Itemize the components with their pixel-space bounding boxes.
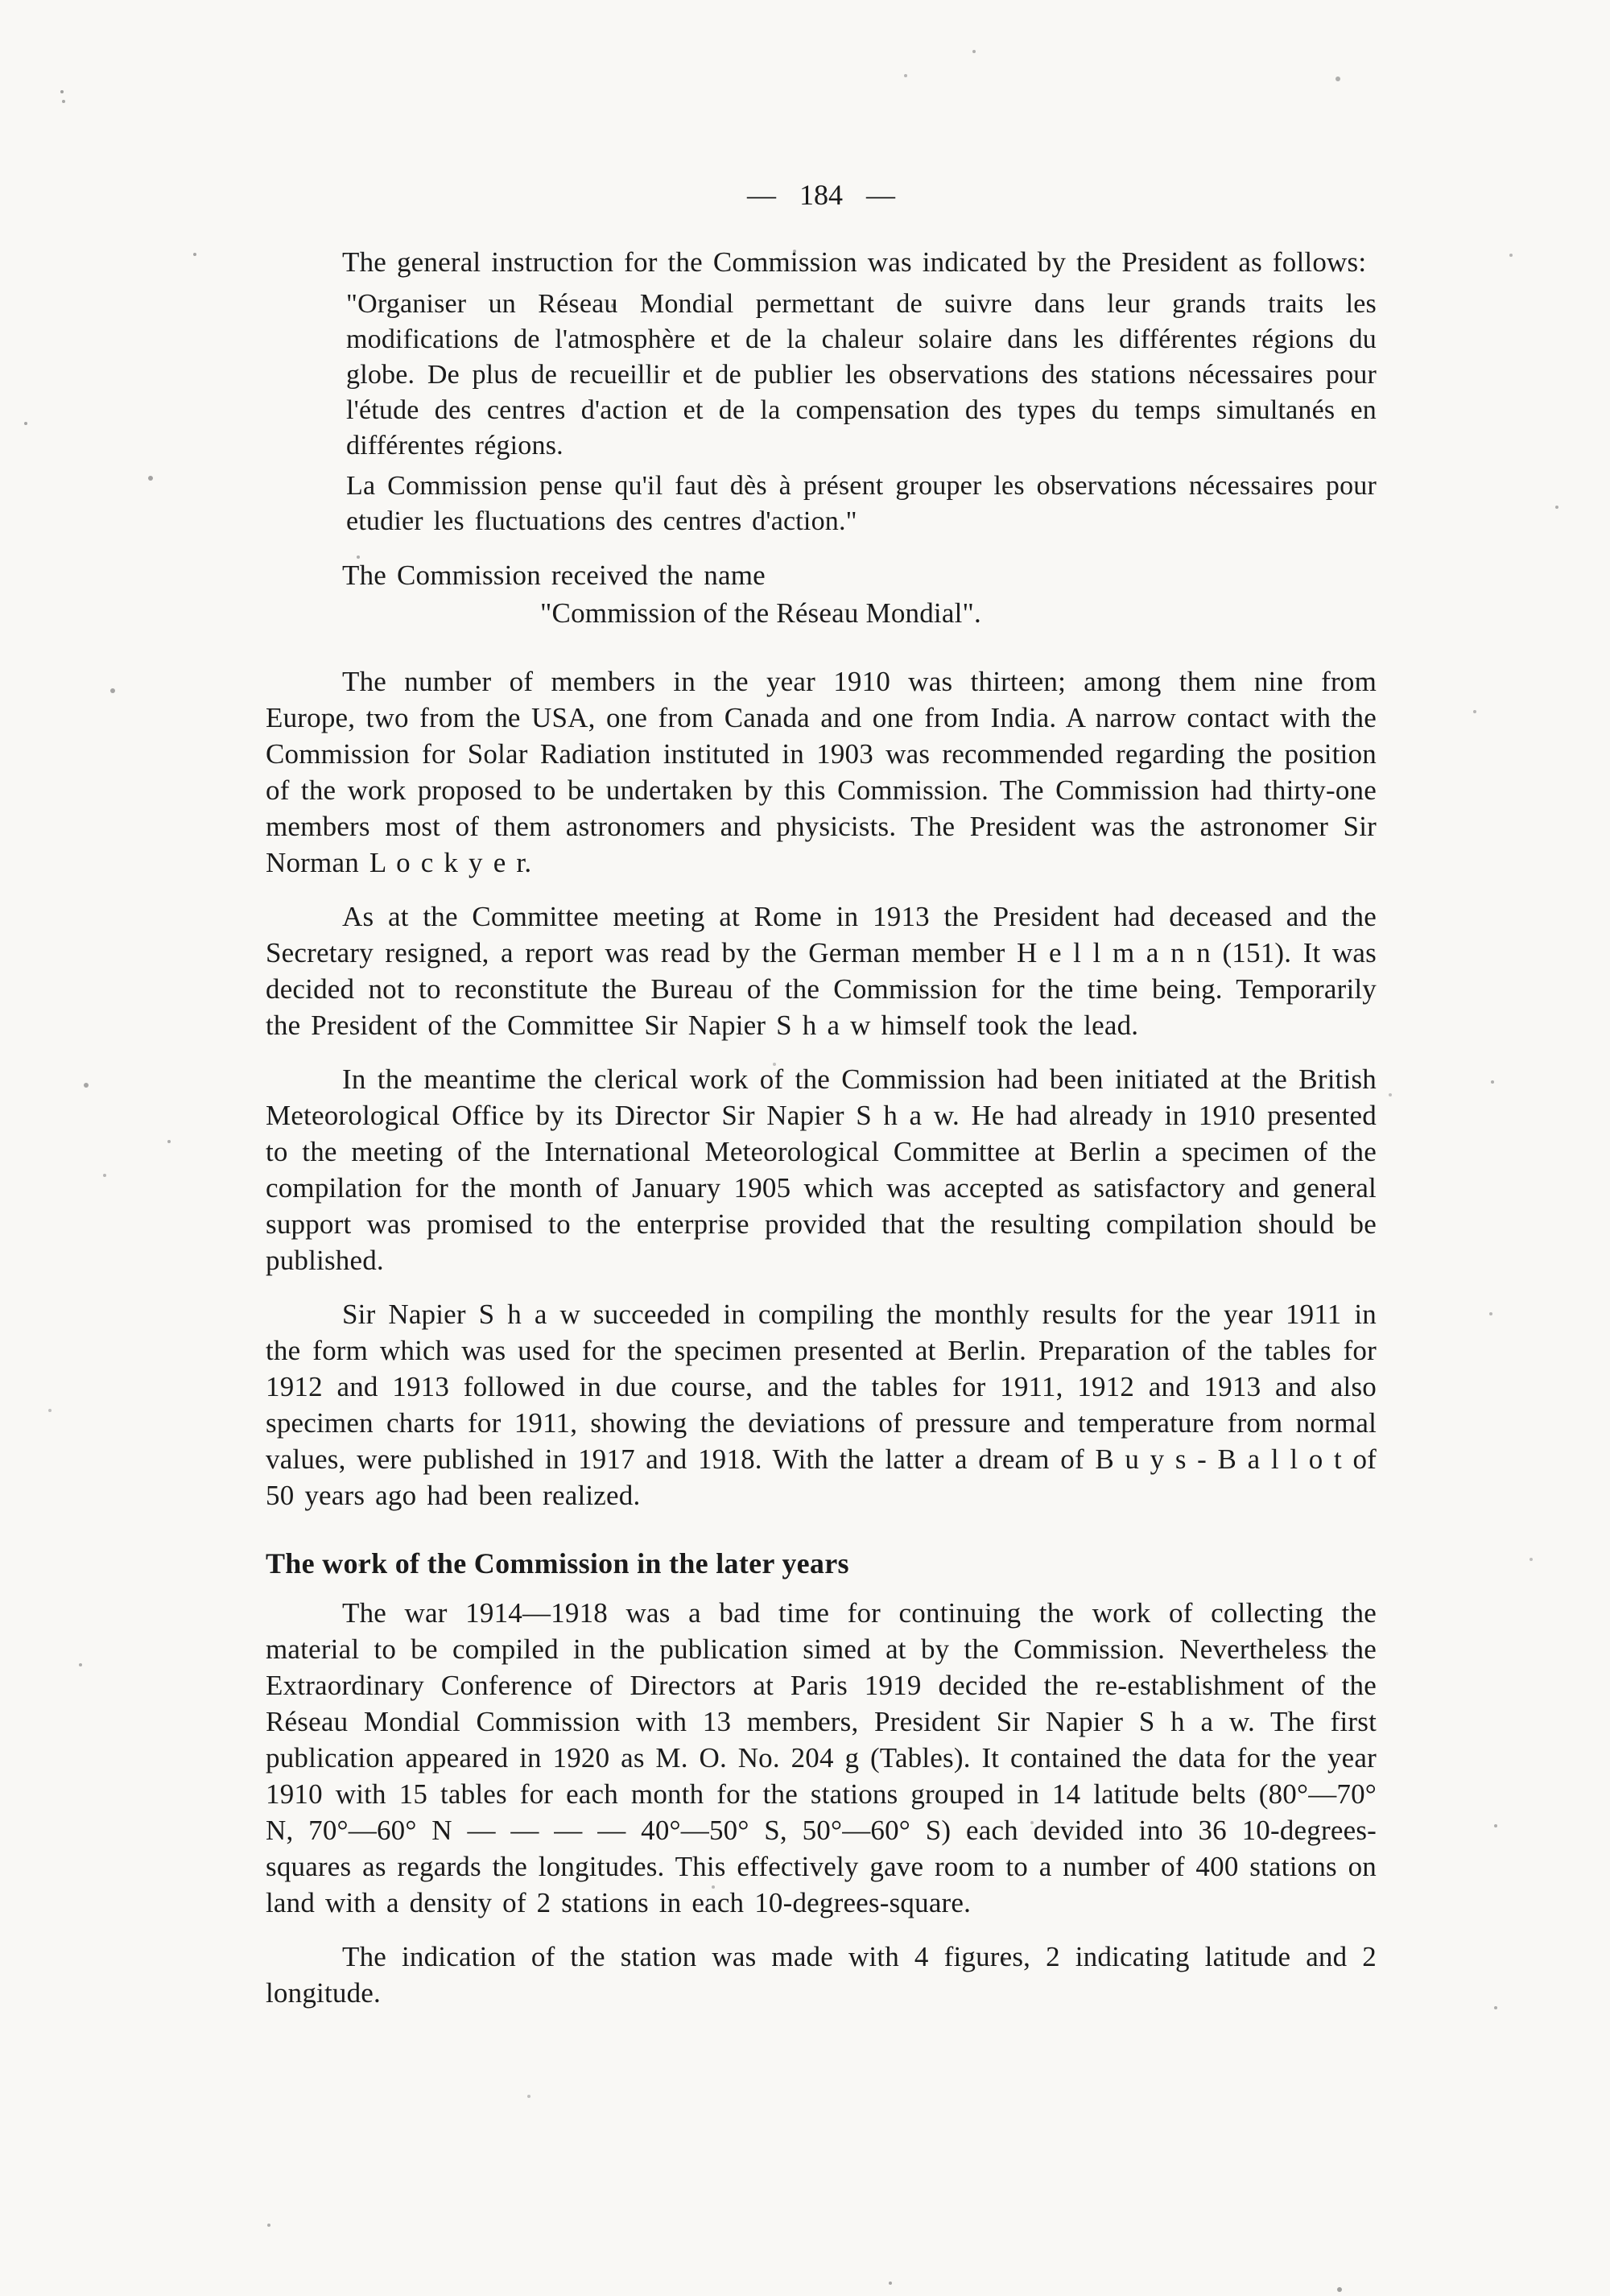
- commission-name-line: "Commission of the Réseau Mondial".: [266, 595, 1256, 631]
- text-block: — 184 — The general instruction for the …: [266, 0, 1377, 2011]
- paragraph-clerical-work: In the meantime the clerical work of the…: [266, 1061, 1377, 1278]
- paragraph-received-name: The Commission received the name: [266, 557, 1377, 593]
- paragraph-rome-meeting: As at the Committee meeting at Rome in 1…: [266, 898, 1377, 1043]
- paragraph-station-indication: The indication of the station was made w…: [266, 1939, 1377, 2011]
- scanned-document-page: — 184 — The general instruction for the …: [0, 0, 1610, 2296]
- paragraph-war-years: The war 1914—1918 was a bad time for con…: [266, 1595, 1377, 1921]
- paragraph-intro: The general instruction for the Commissi…: [266, 244, 1377, 280]
- section-heading: The work of the Commission in the later …: [266, 1546, 1377, 1582]
- page-number: — 184 —: [266, 177, 1377, 213]
- paragraph-members: The number of members in the year 1910 w…: [266, 663, 1377, 881]
- paragraph-shaw-tables: Sir Napier S h a w succeeded in compilin…: [266, 1296, 1377, 1513]
- quote-paragraph-2: La Commission pense qu'il faut dès à pré…: [346, 469, 1377, 539]
- quote-paragraph-1: "Organiser un Réseau Mondial permettant …: [346, 287, 1377, 464]
